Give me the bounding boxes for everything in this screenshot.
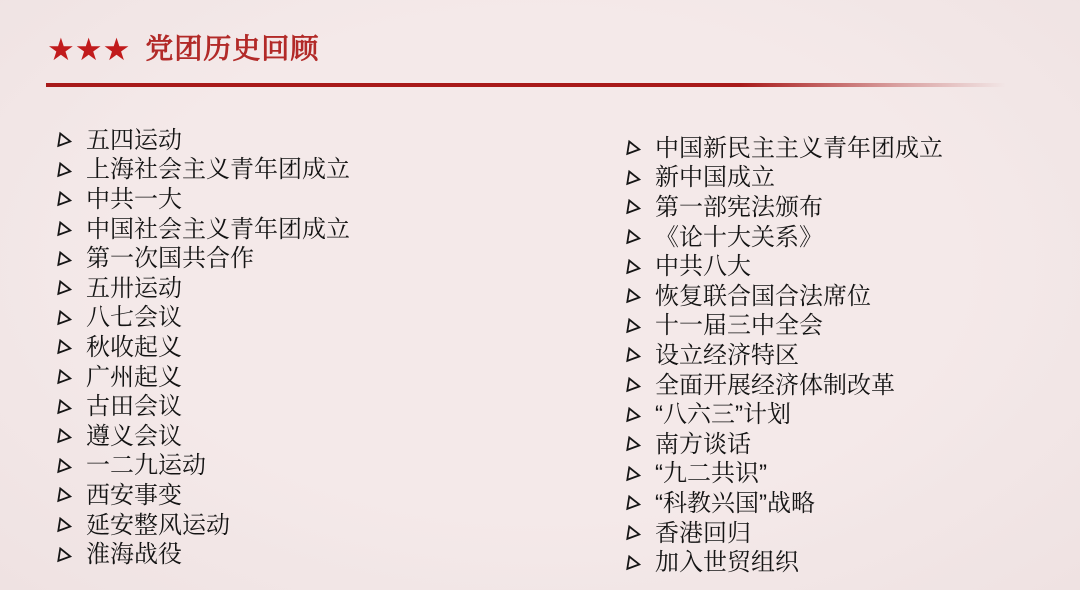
arrowhead-right-icon: [624, 139, 643, 158]
arrowhead-right-icon: [624, 228, 643, 247]
list-item-text: 广州起义: [86, 366, 182, 390]
arrowhead-right-icon: [624, 317, 643, 336]
arrowhead-right-icon: [624, 346, 643, 365]
list-item-text: 中共八大: [655, 255, 751, 279]
arrowhead-right-icon: [624, 553, 643, 572]
list-item-text: 新中国成立: [655, 166, 775, 190]
list-item: 第一次国共合作: [56, 244, 350, 274]
list-item-text: 遵义会议: [86, 425, 182, 449]
list-item: 南方谈话: [625, 430, 943, 460]
list-item: 第一部宪法颁布: [625, 193, 943, 223]
list-item: 淮海战役: [56, 540, 350, 570]
list-item-text: 五四运动: [86, 129, 182, 153]
arrowhead-right-icon: [55, 161, 74, 180]
slide: ★★★ 党团历史回顾 五四运动 上海社会主义青年团成立 中共一大 中国社会主义青…: [0, 0, 1080, 590]
list-item-text: 秋收起义: [86, 336, 182, 360]
list-item-text: 延安整风运动: [86, 514, 230, 538]
list-item: 中国新民主主义青年团成立: [625, 134, 943, 164]
history-list-left: 五四运动 上海社会主义青年团成立 中共一大 中国社会主义青年团成立 第一次国共合…: [56, 126, 350, 570]
list-item-text: 第一部宪法颁布: [655, 196, 823, 220]
list-item: 香港回归: [625, 519, 943, 549]
arrowhead-right-icon: [55, 516, 74, 535]
list-item-text: 中国新民主主义青年团成立: [655, 137, 943, 161]
list-item-text: 加入世贸组织: [655, 551, 799, 575]
arrowhead-right-icon: [55, 131, 74, 150]
list-item-text: 古田会议: [86, 395, 182, 419]
arrowhead-right-icon: [55, 249, 74, 268]
list-item: 《论十大关系》: [625, 223, 943, 253]
arrowhead-right-icon: [624, 494, 643, 513]
list-item-text: “科教兴国”战略: [655, 492, 815, 516]
arrowhead-right-icon: [624, 524, 643, 543]
arrowhead-right-icon: [624, 435, 643, 454]
list-item-text: “八六三”计划: [655, 403, 791, 427]
list-item: 八七会议: [56, 304, 350, 334]
page-title: 党团历史回顾: [145, 36, 319, 64]
list-item: 遵义会议: [56, 422, 350, 452]
list-item: 五卅运动: [56, 274, 350, 304]
list-item: 秋收起义: [56, 333, 350, 363]
list-item: “九二共识”: [625, 460, 943, 490]
arrowhead-right-icon: [55, 397, 74, 416]
list-item-text: 恢复联合国合法席位: [655, 285, 871, 309]
list-item-text: 八七会议: [86, 306, 182, 330]
arrowhead-right-icon: [624, 169, 643, 188]
list-item: 五四运动: [56, 126, 350, 156]
list-item-text: 中国社会主义青年团成立: [86, 218, 350, 242]
list-item: 中国社会主义青年团成立: [56, 215, 350, 245]
list-item: 广州起义: [56, 363, 350, 393]
list-item: “八六三”计划: [625, 400, 943, 430]
list-item-text: 十一届三中全会: [655, 314, 823, 338]
list-item-text: 一二九运动: [86, 454, 206, 478]
list-item-text: 淮海战役: [86, 543, 182, 567]
arrowhead-right-icon: [55, 220, 74, 239]
arrowhead-right-icon: [55, 368, 74, 387]
three-stars-icon: ★★★: [47, 35, 130, 66]
list-item: 设立经济特区: [625, 341, 943, 371]
list-item-text: “九二共识”: [655, 462, 767, 486]
arrowhead-right-icon: [55, 309, 74, 328]
arrowhead-right-icon: [55, 279, 74, 298]
list-item: 上海社会主义青年团成立: [56, 156, 350, 186]
arrowhead-right-icon: [624, 257, 643, 276]
arrowhead-right-icon: [624, 198, 643, 217]
list-item: 十一届三中全会: [625, 312, 943, 342]
list-item: 新中国成立: [625, 164, 943, 194]
list-item: 中共八大: [625, 252, 943, 282]
title-divider: [46, 83, 1036, 87]
arrowhead-right-icon: [624, 376, 643, 395]
slide-header: ★★★ 党团历史回顾: [47, 28, 319, 72]
list-item-text: 《论十大关系》: [655, 226, 823, 250]
arrowhead-right-icon: [55, 486, 74, 505]
list-item-text: 南方谈话: [655, 433, 751, 457]
list-item: 加入世贸组织: [625, 548, 943, 578]
arrowhead-right-icon: [55, 457, 74, 476]
list-item: 全面开展经济体制改革: [625, 371, 943, 401]
list-item-text: 全面开展经济体制改革: [655, 374, 895, 398]
list-item: 中共一大: [56, 185, 350, 215]
history-list-right: 中国新民主主义青年团成立 新中国成立 第一部宪法颁布 《论十大关系》 中共八大 …: [625, 134, 943, 578]
arrowhead-right-icon: [624, 405, 643, 424]
list-item-text: 设立经济特区: [655, 344, 799, 368]
list-item-text: 香港回归: [655, 522, 751, 546]
arrowhead-right-icon: [55, 190, 74, 209]
list-item: 延安整风运动: [56, 511, 350, 541]
arrowhead-right-icon: [624, 465, 643, 484]
arrowhead-right-icon: [624, 287, 643, 306]
list-item: 古田会议: [56, 392, 350, 422]
list-item: “科教兴国”战略: [625, 489, 943, 519]
arrowhead-right-icon: [55, 427, 74, 446]
list-item-text: 上海社会主义青年团成立: [86, 158, 350, 182]
list-item: 一二九运动: [56, 452, 350, 482]
arrowhead-right-icon: [55, 338, 74, 357]
list-item: 西安事变: [56, 481, 350, 511]
arrowhead-right-icon: [55, 545, 74, 564]
list-item-text: 西安事变: [86, 484, 182, 508]
list-item-text: 中共一大: [86, 188, 182, 212]
list-item-text: 第一次国共合作: [86, 247, 254, 271]
list-item-text: 五卅运动: [86, 277, 182, 301]
list-item: 恢复联合国合法席位: [625, 282, 943, 312]
